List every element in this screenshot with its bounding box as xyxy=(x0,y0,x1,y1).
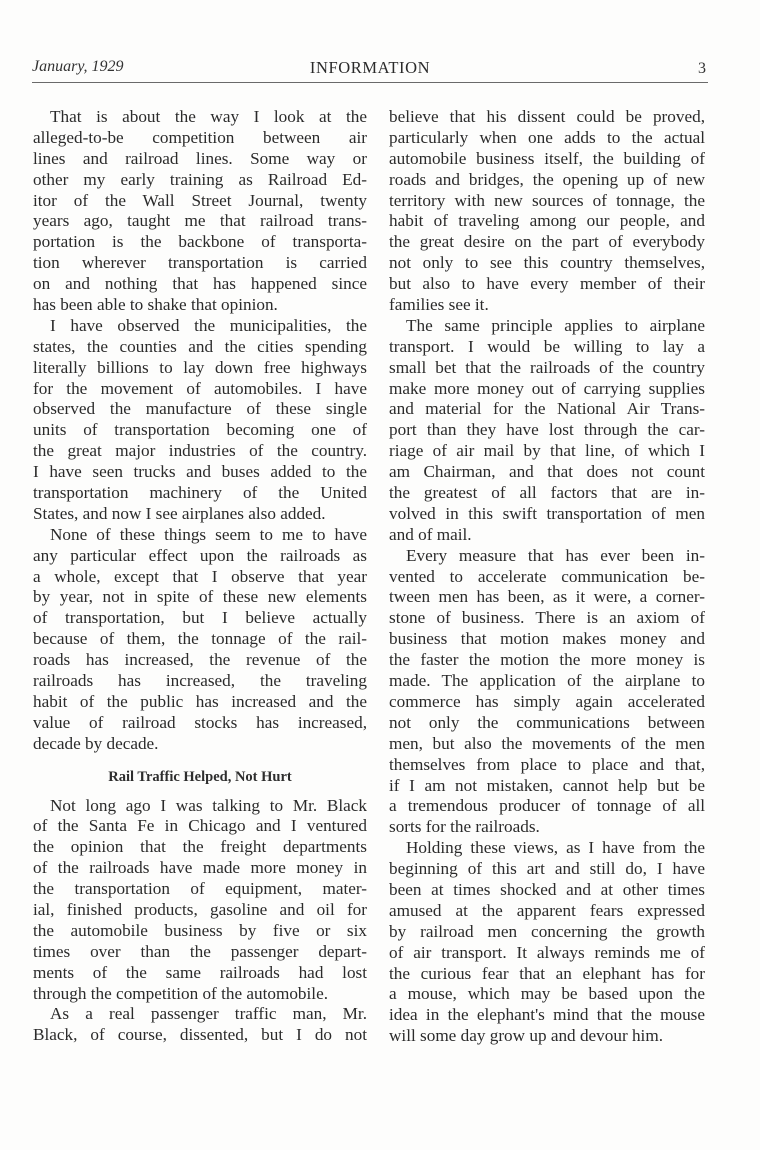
left-column: That is about the way I look at the alle… xyxy=(33,107,367,1046)
text-line: Every measure that has ever been in- xyxy=(389,546,705,567)
text-line: families see it. xyxy=(389,295,705,316)
text-line: and material for the National Air Trans- xyxy=(389,399,705,420)
text-line: the curious fear that an elephant has fo… xyxy=(389,964,705,985)
text-line: the great desire on the part of everybod… xyxy=(389,232,705,253)
text-line: times over than the passenger depart- xyxy=(33,942,367,963)
text-line: am Chairman, and that does not count xyxy=(389,462,705,483)
paragraph: believe that his dissent could be proved… xyxy=(389,107,705,316)
text-line: transportation machinery of the United xyxy=(33,483,367,504)
text-line: any particular effect upon the railroads… xyxy=(33,546,367,567)
text-line: by year, not in spite of these new eleme… xyxy=(33,587,367,608)
text-line: but also to have every member of their xyxy=(389,274,705,295)
text-line: transport. I would be willing to lay a xyxy=(389,337,705,358)
text-line: for the movement of automobiles. I have xyxy=(33,379,367,400)
text-line: particularly when one adds to the actual xyxy=(389,128,705,149)
text-line: themselves from place to place and that, xyxy=(389,755,705,776)
text-line: small bet that the railroads of the coun… xyxy=(389,358,705,379)
text-line: not only to see this country themselves, xyxy=(389,253,705,274)
paragraph: I have observed the municipalities, the … xyxy=(33,316,367,525)
document-page: January, 1929 INFORMATION 3 That is abou… xyxy=(0,0,760,1150)
text-line: lines and railroad lines. Some way or xyxy=(33,149,367,170)
text-line: alleged-to-be competition between air xyxy=(33,128,367,149)
text-line: amused at the apparent fears expressed xyxy=(389,901,705,922)
text-line: States, and now I see airplanes also add… xyxy=(33,504,367,525)
text-line: because of them, the tonnage of the rail… xyxy=(33,629,367,650)
text-line: of the Santa Fe in Chicago and I venture… xyxy=(33,816,367,837)
text-line: automobile business itself, the building… xyxy=(389,149,705,170)
text-line: port than they have lost through the car… xyxy=(389,420,705,441)
text-line: Not long ago I was talking to Mr. Black xyxy=(33,796,367,817)
text-line: on and nothing that has happened since xyxy=(33,274,367,295)
text-line: territory with new sources of tonnage, t… xyxy=(389,191,705,212)
text-line: not only the communications between xyxy=(389,713,705,734)
text-line: riage of air mail by that line, of which… xyxy=(389,441,705,462)
running-header: January, 1929 INFORMATION 3 xyxy=(32,56,708,83)
text-line: the automobile business by five or six xyxy=(33,921,367,942)
page-number: 3 xyxy=(698,60,706,78)
text-line: observed the manufacture of these single xyxy=(33,399,367,420)
text-line: a whole, except that I observe that year xyxy=(33,567,367,588)
text-line: through the competition of the automobil… xyxy=(33,984,367,1005)
text-line: itor of the Wall Street Journal, twenty xyxy=(33,191,367,212)
text-line: if I am not mistaken, cannot help but be xyxy=(389,776,705,797)
text-line: a tremendous producer of tonnage of all xyxy=(389,796,705,817)
paragraph: Holding these views, as I have from the … xyxy=(389,838,705,1047)
text-line: commerce has simply again accelerated xyxy=(389,692,705,713)
text-line: portation is the backbone of transporta- xyxy=(33,232,367,253)
paragraph: Every measure that has ever been in- ven… xyxy=(389,546,705,838)
text-line: the transportation of equipment, mater- xyxy=(33,879,367,900)
section-heading: Rail Traffic Helped, Not Hurt xyxy=(33,767,367,788)
text-line: of air transport. It always reminds me o… xyxy=(389,943,705,964)
text-line: will some day grow up and devour him. xyxy=(389,1026,705,1047)
text-line: by railroad men concerning the growth xyxy=(389,922,705,943)
text-line: railroads has increased, the traveling xyxy=(33,671,367,692)
paragraph: That is about the way I look at the alle… xyxy=(33,107,367,316)
text-line: tion wherever transportation is carried xyxy=(33,253,367,274)
publication-title: INFORMATION xyxy=(32,58,708,78)
text-line: of transportation, but I believe actuall… xyxy=(33,608,367,629)
text-line: years ago, taught me that railroad trans… xyxy=(33,211,367,232)
text-line: That is about the way I look at the xyxy=(33,107,367,128)
text-line: business that motion makes money and xyxy=(389,629,705,650)
paragraph: None of these things seem to me to have … xyxy=(33,525,367,755)
text-line: idea in the elephant's mind that the mou… xyxy=(389,1005,705,1026)
text-line: has been able to shake that opinion. xyxy=(33,295,367,316)
text-line: of the railroads have made more money in xyxy=(33,858,367,879)
text-line: habit of the public has increased and th… xyxy=(33,692,367,713)
text-line: and of mail. xyxy=(389,525,705,546)
paragraph: The same principle applies to airplane t… xyxy=(389,316,705,546)
text-line: Holding these views, as I have from the xyxy=(389,838,705,859)
text-line: make more money out of carrying supplies xyxy=(389,379,705,400)
text-line: roads has increased, the revenue of the xyxy=(33,650,367,671)
text-line: the greatest of all factors that are in- xyxy=(389,483,705,504)
text-line: made. The application of the airplane to xyxy=(389,671,705,692)
text-line: I have seen trucks and buses added to th… xyxy=(33,462,367,483)
text-line: volved in this swift transportation of m… xyxy=(389,504,705,525)
text-line: been at times shocked and at other times xyxy=(389,880,705,901)
text-line: vented to accelerate communication be- xyxy=(389,567,705,588)
text-line: the opinion that the freight departments xyxy=(33,837,367,858)
text-line: ial, finished products, gasoline and oil… xyxy=(33,900,367,921)
text-line: beginning of this art and still do, I ha… xyxy=(389,859,705,880)
text-line: stone of business. There is an axiom of xyxy=(389,608,705,629)
text-line: sorts for the railroads. xyxy=(389,817,705,838)
text-line: I have observed the municipalities, the xyxy=(33,316,367,337)
right-column: believe that his dissent could be proved… xyxy=(389,107,705,1047)
text-line: units of transportation becoming one of xyxy=(33,420,367,441)
text-line: the great major industries of the countr… xyxy=(33,441,367,462)
text-line: value of railroad stocks has increased, xyxy=(33,713,367,734)
text-line: ments of the same railroads had lost xyxy=(33,963,367,984)
text-line: The same principle applies to airplane xyxy=(389,316,705,337)
paragraph: Not long ago I was talking to Mr. Black … xyxy=(33,796,367,1005)
paragraph: As a real passenger traffic man, Mr. Bla… xyxy=(33,1004,367,1046)
text-line: Black, of course, dissented, but I do no… xyxy=(33,1025,367,1046)
text-line: As a real passenger traffic man, Mr. xyxy=(33,1004,367,1025)
text-line: a mouse, which may be based upon the xyxy=(389,984,705,1005)
text-line: tween men has been, as it were, a corner… xyxy=(389,587,705,608)
text-line: roads and bridges, the opening up of new xyxy=(389,170,705,191)
text-line: men, but also the movements of the men xyxy=(389,734,705,755)
text-line: habit of traveling among our people, and xyxy=(389,211,705,232)
text-line: literally billions to lay down free high… xyxy=(33,358,367,379)
text-line: None of these things seem to me to have xyxy=(33,525,367,546)
text-line: states, the counties and the cities spen… xyxy=(33,337,367,358)
text-line: other my early training as Railroad Ed- xyxy=(33,170,367,191)
text-line: the faster the motion the more money is xyxy=(389,650,705,671)
text-line: decade by decade. xyxy=(33,734,367,755)
text-line: believe that his dissent could be proved… xyxy=(389,107,705,128)
